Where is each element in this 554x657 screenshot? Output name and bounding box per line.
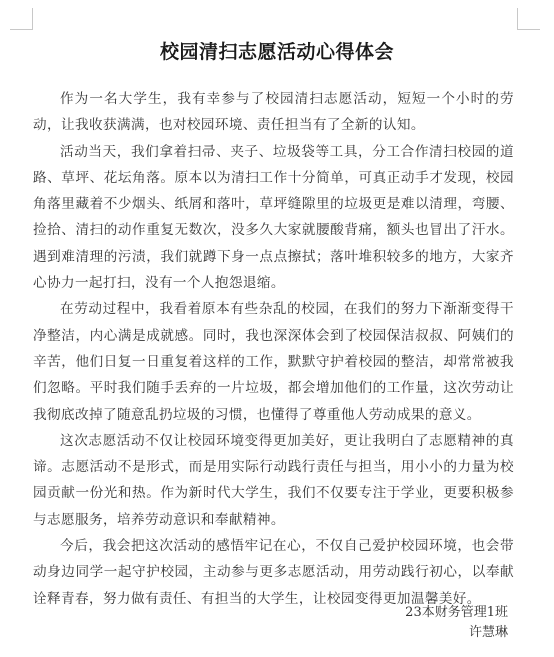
corner-mark-vertical-line bbox=[517, 8, 518, 30]
signature-author: 许慧琳 bbox=[405, 623, 508, 643]
signature-block: 23本财务管理1班 许慧琳 bbox=[405, 603, 508, 643]
paragraph-volunteer-spirit: 这次志愿活动不仅让校园环境变得更加美好，更让我明白了志愿精神的真谛。志愿活动不是… bbox=[33, 428, 514, 533]
corner-mark-vertical-line bbox=[32, 8, 33, 30]
paragraph-labor-process: 在劳动过程中，我看着原本有些杂乱的校园，在我们的努力下渐渐变得干净整洁，内心满是… bbox=[33, 296, 514, 427]
corner-mark-horizontal-line bbox=[10, 29, 32, 30]
paragraph-activity-day: 活动当天，我们拿着扫帚、夹子、垃圾袋等工具，分工合作清扫校园的道路、草坪、花坛角… bbox=[33, 139, 514, 297]
paragraph-intro: 作为一名大学生，我有幸参与了校园清扫志愿活动，短短一个小时的劳动，让我收获满满，… bbox=[33, 86, 514, 139]
signature-class: 23本财务管理1班 bbox=[405, 603, 508, 623]
corner-mark-horizontal-line bbox=[517, 29, 540, 30]
paragraph-future-plans: 今后，我会把这次活动的感悟牢记在心，不仅自己爱护校园环境，也会带动身边同学一起守… bbox=[33, 533, 514, 612]
document-title: 校园清扫志愿活动心得体会 bbox=[0, 37, 554, 64]
document-body: 作为一名大学生，我有幸参与了校园清扫志愿活动，短短一个小时的劳动，让我收获满满，… bbox=[33, 86, 514, 612]
